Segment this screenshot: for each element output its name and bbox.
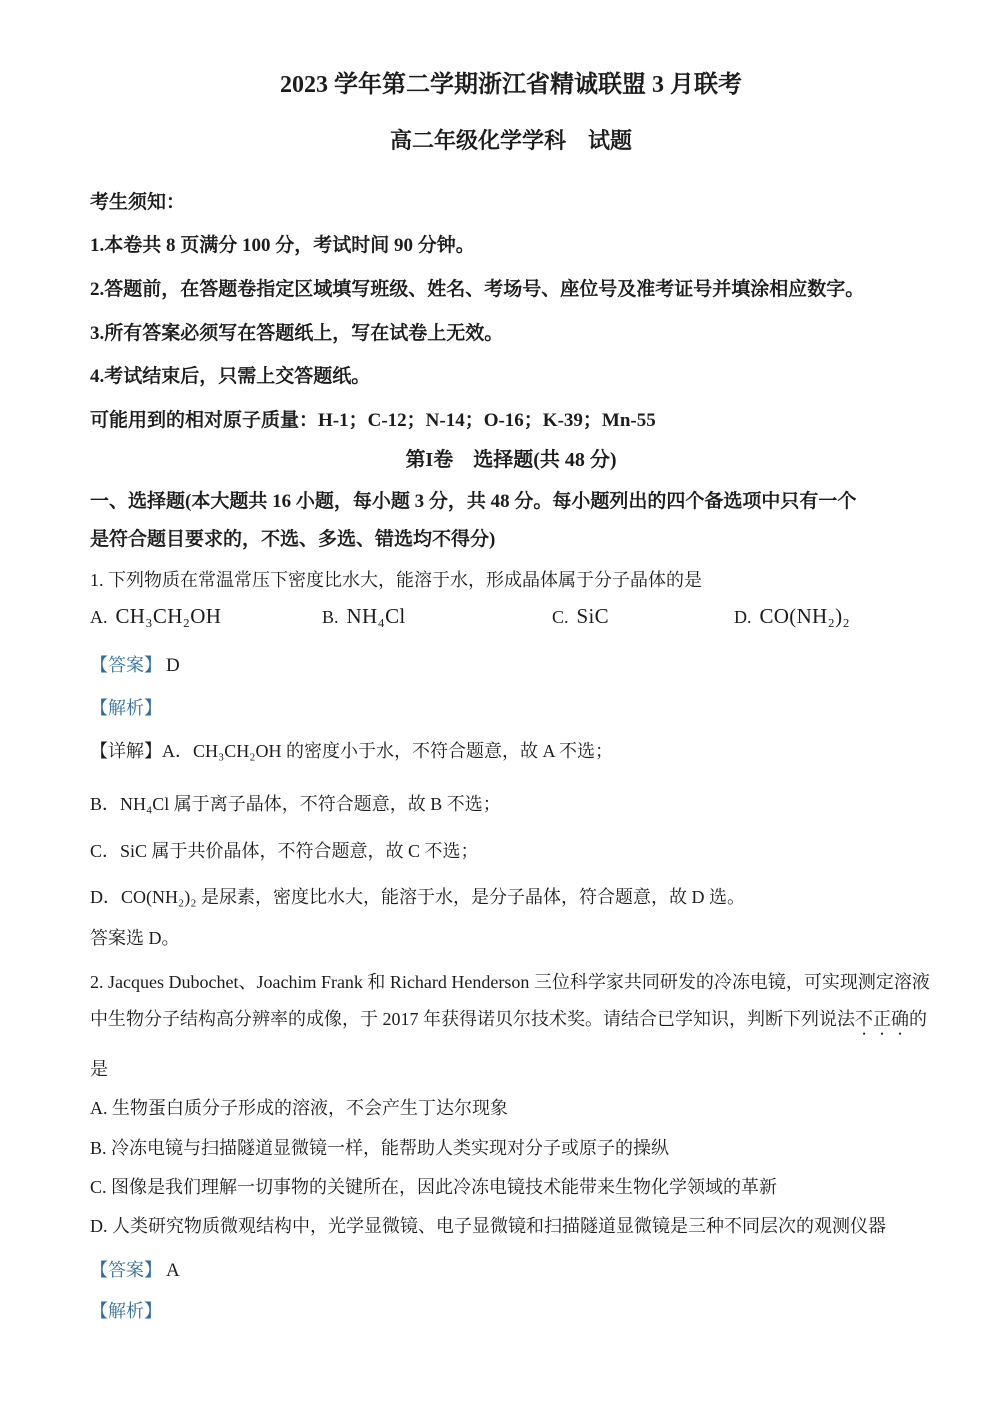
notice-heading: 考生须知： xyxy=(90,190,932,216)
q1-detail-c: C．SiC 属于共价晶体，不符合题意，故 C 不选； xyxy=(90,839,932,863)
q1-detail-b: B．NH₄Cl 属于离子晶体，不符合题意，故 B 不选； xyxy=(90,792,932,816)
q2-stem-line2-post: 的 xyxy=(909,1009,927,1029)
q1-option-a: A.CH₃CH₂OH xyxy=(90,604,322,629)
q2-answer-value: A xyxy=(166,1260,180,1281)
q1-option-b: B.NH₄Cl xyxy=(322,604,552,629)
q2-analysis-tag: 【解析】 xyxy=(90,1301,162,1321)
exam-document: 2023 学年第二学期浙江省精诚联盟 3 月联考 高二年级化学学科 试题 考生须… xyxy=(0,0,1000,1414)
q1-option-c-formula: SiC xyxy=(577,604,609,628)
q1-option-c-label: C. xyxy=(552,607,569,627)
q1-answer-tag: 【答案】 xyxy=(90,655,162,675)
notice-item-4: 4.考试结束后，只需上交答题纸。 xyxy=(90,364,932,390)
q2-stem-line2: 中生物分子结构高分辨率的成像，于 2017 年获得诺贝尔技术奖。请结合已学知识，… xyxy=(90,1007,932,1039)
q2-option-c: C. 图像是我们理解一切事物的关键所在，因此冷冻电镜技术能带来生物化学领域的革新 xyxy=(90,1175,932,1199)
section-intro-line1: 一、选择题(本大题共 16 小题，每小题 3 分，共 48 分。每小题列出的四个… xyxy=(90,489,932,515)
section-intro-line2: 是符合题目要求的，不选、多选、错选均不得分) xyxy=(90,527,932,553)
q2-stem-line2-pre: 中生物分子结构高分辨率的成像，于 2017 年获得诺贝尔技术奖。请结合已学知识，… xyxy=(90,1009,855,1029)
q2-option-d: D. 人类研究物质微观结构中，光学显微镜、电子显微镜和扫描隧道显微镜是三种不同层… xyxy=(90,1214,932,1238)
section-header: 第I卷 选择题(共 48 分) xyxy=(90,447,932,474)
doc-subtitle: 高二年级化学学科 试题 xyxy=(90,127,932,156)
q2-option-b: B. 冷冻电镜与扫描隧道显微镜一样，能帮助人类实现对分子或原子的操纵 xyxy=(90,1136,932,1160)
q1-analysis-line: 【解析】 xyxy=(90,696,932,720)
q1-option-d: D.CO(NH₂)₂ xyxy=(734,604,932,629)
q2-stem-emphasis: 不正确 xyxy=(855,1009,909,1029)
doc-title: 2023 学年第二学期浙江省精诚联盟 3 月联考 xyxy=(90,70,932,101)
q1-option-d-label: D. xyxy=(734,607,752,627)
q1-detail-d: D．CO(NH₂)₂ 是尿素，密度比水大，能溶于水，是分子晶体，符合题意，故 D… xyxy=(90,885,932,909)
q1-analysis-tag: 【解析】 xyxy=(90,698,162,718)
atomic-masses: 可能用到的相对原子质量：H-1；C-12；N-14；O-16；K-39；Mn-5… xyxy=(90,408,932,434)
q1-conclusion: 答案选 D。 xyxy=(90,926,932,950)
q1-option-b-formula: NH₄Cl xyxy=(347,604,406,628)
q1-option-a-label: A. xyxy=(90,607,108,627)
q1-answer-line: 【答案】D xyxy=(90,653,932,679)
q1-options: A.CH₃CH₂OH B.NH₄Cl C.SiC D.CO(NH₂)₂ xyxy=(90,604,932,629)
q2-analysis-line: 【解析】 xyxy=(90,1299,932,1323)
q2-stem-line3: 是 xyxy=(90,1057,932,1081)
q1-option-b-label: B. xyxy=(322,607,339,627)
q1-stem: 1. 下列物质在常温常压下密度比水大，能溶于水，形成晶体属于分子晶体的是 xyxy=(90,568,932,592)
q2-answer-line: 【答案】A xyxy=(90,1258,932,1284)
q2-option-a: A. 生物蛋白质分子形成的溶液，不会产生丁达尔现象 xyxy=(90,1096,932,1120)
q1-answer-value: D xyxy=(166,655,180,676)
notice-item-2: 2.答题前，在答题卷指定区域填写班级、姓名、考场号、座位号及准考证号并填涂相应数… xyxy=(90,277,932,303)
notice-item-1: 1.本卷共 8 页满分 100 分，考试时间 90 分钟。 xyxy=(90,233,932,259)
q1-detail-tag: 【详解】 xyxy=(90,741,162,761)
q1-option-d-formula: CO(NH₂)₂ xyxy=(760,604,851,628)
notice-item-3: 3.所有答案必须写在答题纸上，写在试卷上无效。 xyxy=(90,321,932,347)
q2-answer-tag: 【答案】 xyxy=(90,1260,162,1280)
q1-option-c: C.SiC xyxy=(552,604,734,629)
q1-detail-a: 【详解】A．CH₃CH₂OH 的密度小于水，不符合题意，故 A 不选； xyxy=(90,739,932,763)
q1-option-a-formula: CH₃CH₂OH xyxy=(116,604,222,628)
q2-stem-line1: 2. Jacques Dubochet、Joachim Frank 和 Rich… xyxy=(90,970,932,994)
q1-detail-a-text: A．CH₃CH₂OH 的密度小于水，不符合题意，故 A 不选； xyxy=(162,741,613,761)
